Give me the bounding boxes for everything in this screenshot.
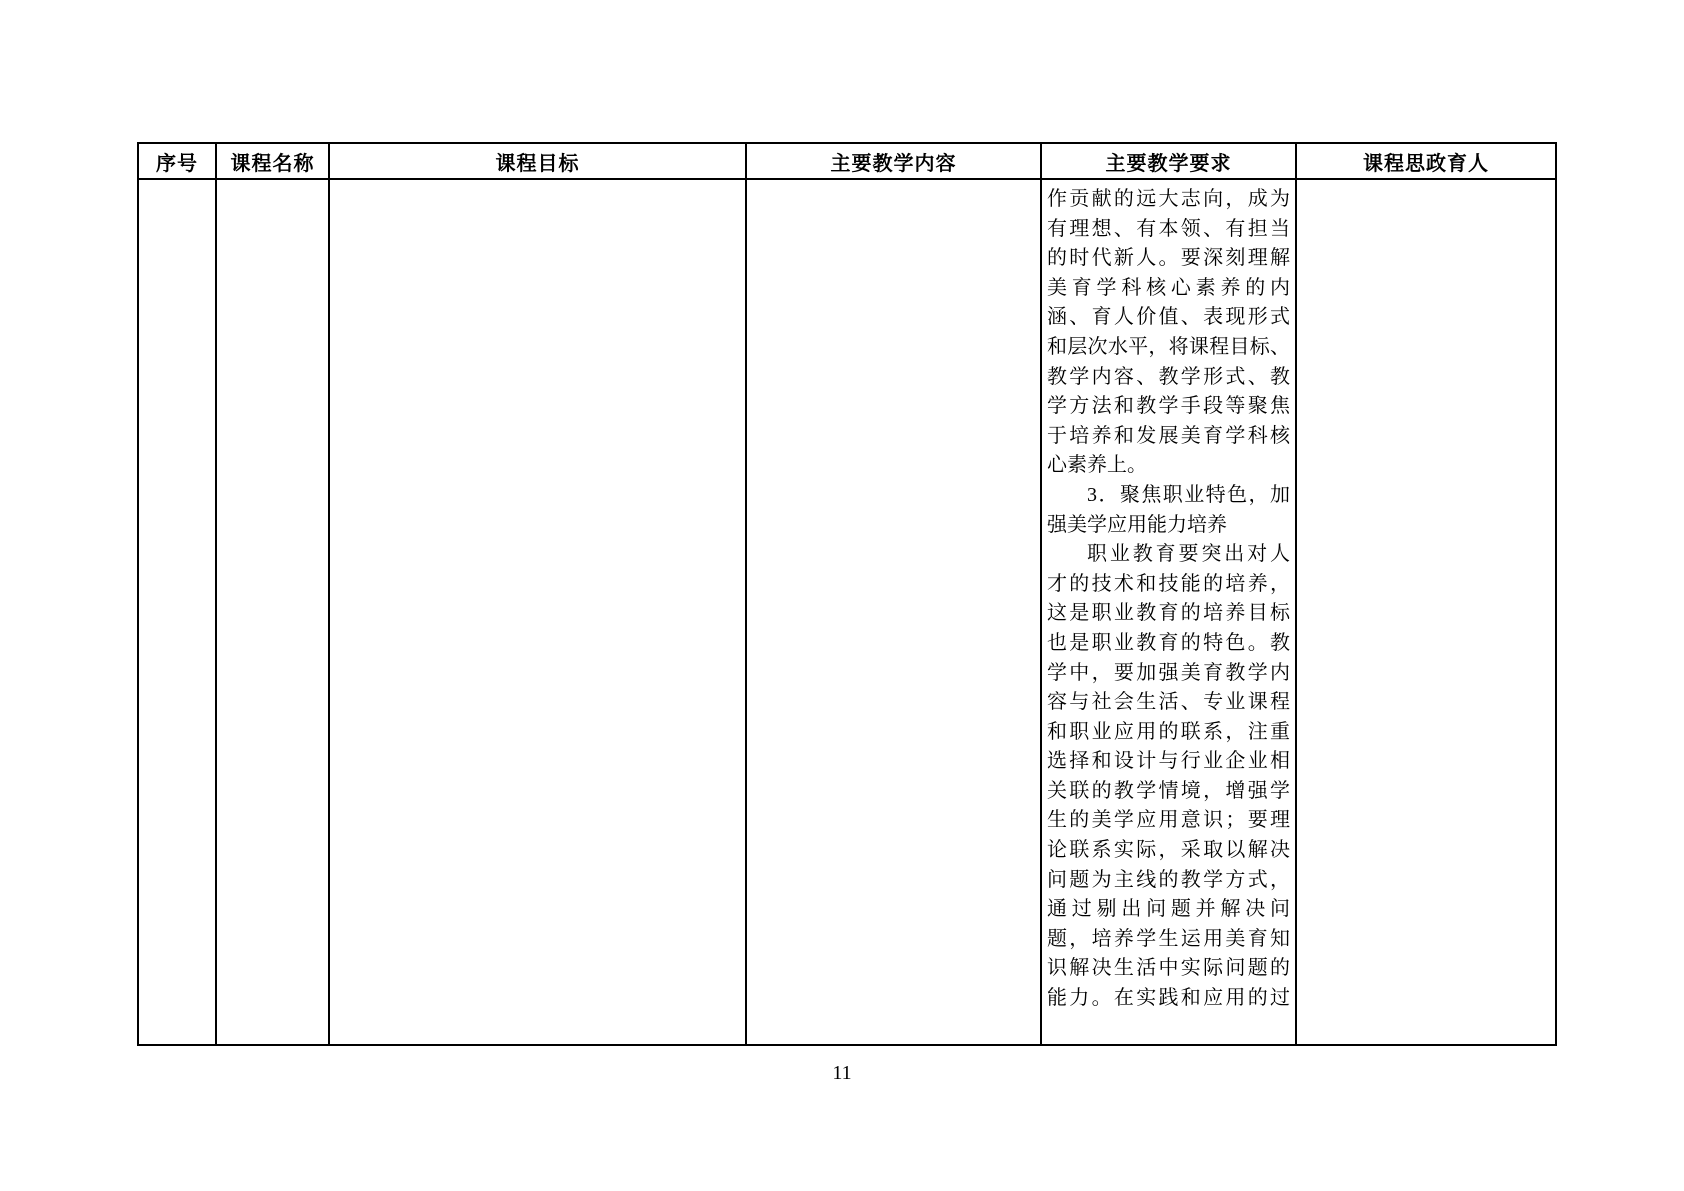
text-line: 容与社会生活、专业课程 [1047, 688, 1290, 718]
text-line: 通过剔出问题并解决问 [1047, 895, 1290, 925]
text-line: 关联的教学情境，增强学 [1047, 777, 1290, 807]
text-line: 涵、育人价值、表现形式 [1047, 303, 1290, 333]
cell-course-objectives [329, 179, 746, 1045]
text-line: 和层次水平，将课程目标、 [1047, 333, 1290, 363]
text-line: 这是职业教育的培养目标 [1047, 599, 1290, 629]
text-line: 心素养上。 [1047, 451, 1290, 481]
text-line: 于培养和发展美育学科核 [1047, 422, 1290, 452]
table-row: 作贡献的远大志向，成为有理想、有本领、有担当的时代新人。要深刻理解美育学科核心素… [138, 179, 1556, 1045]
col-header-teaching-content: 主要教学内容 [746, 143, 1041, 179]
cell-ideological-education [1296, 179, 1556, 1045]
text-line: 也是职业教育的特色。教 [1047, 629, 1290, 659]
text-line: 学方法和教学手段等聚焦 [1047, 392, 1290, 422]
text-line: 生的美学应用意识；要理 [1047, 806, 1290, 836]
text-line: 职业教育要突出对人 [1047, 540, 1290, 570]
text-line: 问题为主线的教学方式， [1047, 866, 1290, 896]
text-line: 能力。在实践和应用的过 [1047, 984, 1290, 1014]
col-header-ideological-education: 课程思政育人 [1296, 143, 1556, 179]
course-table-wrap: 序号 课程名称 课程目标 主要教学内容 主要教学要求 课程思政育人 作贡献的远大… [137, 142, 1557, 1046]
text-line: 有理想、有本领、有担当 [1047, 215, 1290, 245]
document-page: { "page": { "number": "11", "background_… [0, 0, 1684, 1191]
course-table: 序号 课程名称 课程目标 主要教学内容 主要教学要求 课程思政育人 作贡献的远大… [137, 142, 1557, 1046]
text-line: 学中，要加强美育教学内 [1047, 659, 1290, 689]
text-line: 题，培养学生运用美育知 [1047, 925, 1290, 955]
page-number: 11 [0, 1062, 1684, 1085]
text-line: 的时代新人。要深刻理解 [1047, 244, 1290, 274]
cell-teaching-content [746, 179, 1041, 1045]
text-line: 作贡献的远大志向，成为 [1047, 185, 1290, 215]
teaching-requirements-text: 作贡献的远大志向，成为有理想、有本领、有担当的时代新人。要深刻理解美育学科核心素… [1042, 180, 1295, 1014]
cell-teaching-requirements: 作贡献的远大志向，成为有理想、有本领、有担当的时代新人。要深刻理解美育学科核心素… [1041, 179, 1296, 1045]
text-line: 论联系实际，采取以解决 [1047, 836, 1290, 866]
text-line: 美育学科核心素养的内 [1047, 274, 1290, 304]
text-line: 识解决生活中实际问题的 [1047, 954, 1290, 984]
text-line: 和职业应用的联系，注重 [1047, 718, 1290, 748]
text-line: 强美学应用能力培养 [1047, 511, 1290, 541]
col-header-course-name: 课程名称 [216, 143, 329, 179]
header-row: 序号 课程名称 课程目标 主要教学内容 主要教学要求 课程思政育人 [138, 143, 1556, 179]
cell-serial [138, 179, 216, 1045]
text-line: 才的技术和技能的培养， [1047, 570, 1290, 600]
text-line: 教学内容、教学形式、教 [1047, 363, 1290, 393]
col-header-teaching-requirements: 主要教学要求 [1041, 143, 1296, 179]
col-header-serial: 序号 [138, 143, 216, 179]
text-line: 选择和设计与行业企业相 [1047, 747, 1290, 777]
col-header-course-objectives: 课程目标 [329, 143, 746, 179]
text-line: 3．聚焦职业特色，加 [1047, 481, 1290, 511]
cell-course-name [216, 179, 329, 1045]
